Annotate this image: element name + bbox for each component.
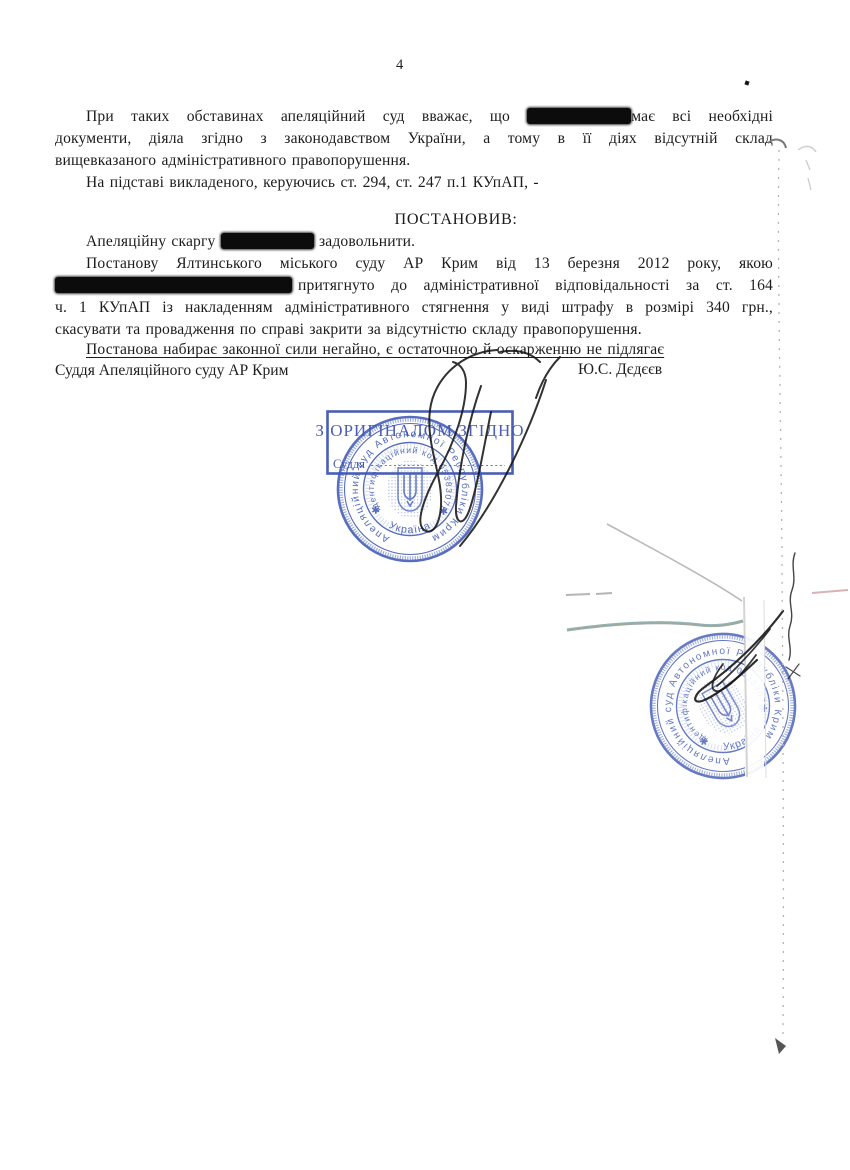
- body-line-3: вищевказаного адміністративного правопор…: [55, 150, 773, 171]
- body-line-1-text-a: При таких обставинах апеляційний суд вва…: [86, 108, 510, 125]
- secondary-signature-ink: [695, 553, 800, 702]
- body-line-2: документи, діяла згідно з законодавством…: [55, 128, 773, 149]
- judge-title-label: Суддя Апеляційного суду АР Крим: [55, 362, 289, 380]
- body-line-9: скасувати та провадження по справі закри…: [55, 319, 773, 340]
- certification-stamp-border: [328, 412, 513, 474]
- page-number: 4: [396, 57, 403, 74]
- stitch-dotted-line: [768, 140, 816, 1054]
- body-line-7: притягнуто до адміністративної відповіда…: [55, 275, 773, 296]
- certification-stamp-title: З ОРИГІНАЛОМ ЗГІДНО: [315, 421, 524, 440]
- resolution-heading: ПОСТАНОВИВ:: [55, 210, 815, 229]
- body-line-1-text-b: має всі необхідні: [631, 108, 773, 125]
- ink-speck: [744, 80, 749, 85]
- body-line-10: Постанова набирає законної сили негайно,…: [55, 339, 773, 360]
- body-line-5: Апеляційну скаргу задовольнити.: [55, 231, 773, 252]
- faint-dash-right: [812, 590, 848, 593]
- paper-crease-diagonal: [607, 524, 742, 601]
- faint-dash-left: [566, 593, 612, 595]
- body-line-8: ч. 1 КУпАП із накладенням адміністративн…: [55, 297, 773, 318]
- binding-thread-area: [566, 524, 742, 601]
- redaction-box-1: [527, 108, 631, 124]
- paper-fold-strip: [744, 594, 766, 780]
- body-line-4: На підставі викладеного, керуючись ст. 2…: [55, 172, 773, 193]
- faint-margin-squiggle: [798, 146, 816, 190]
- body-line-6: Постанову Ялтинського міського суду АР К…: [55, 253, 773, 274]
- body-line-1: При таких обставинах апеляційний суд вва…: [55, 106, 773, 127]
- redaction-box-2: [221, 233, 314, 249]
- certification-stamp-role: Суддя: [333, 457, 365, 471]
- scanned-court-document-page: 4 При таких обставинах апеляційний суд в…: [0, 0, 850, 1170]
- court-seal-2: [625, 608, 822, 805]
- court-seal-1: [338, 417, 482, 561]
- body-line-7-text: притягнуто до адміністративної відповіда…: [298, 277, 773, 294]
- certification-stamp: З ОРИГІНАЛОМ ЗГІДНО Суддя: [315, 412, 524, 474]
- final-clause-underlined: Постанова набирає законної сили негайно,…: [86, 341, 664, 358]
- stitch-end-knot: [775, 1038, 786, 1054]
- sealing-thread: [567, 590, 848, 630]
- margin-handwriting-mark: [786, 664, 800, 679]
- redaction-box-3: [55, 277, 292, 293]
- body-line-5-text-b: задовольнити.: [319, 233, 415, 250]
- body-line-5-text-a: Апеляційну скаргу: [86, 233, 215, 250]
- margin-handwriting: [789, 553, 795, 660]
- judge-name: Ю.С. Дєдєєв: [578, 361, 662, 379]
- judge-signature-ink: [420, 350, 560, 546]
